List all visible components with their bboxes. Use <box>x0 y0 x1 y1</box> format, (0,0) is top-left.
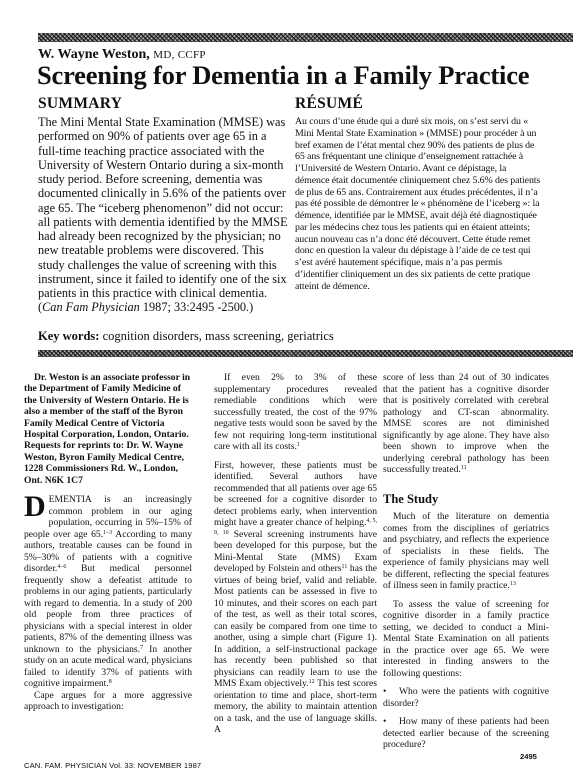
quote-paragraph: If even 2% to 3% of these supplementary … <box>214 372 377 453</box>
bullet-icon: • <box>383 716 399 728</box>
decorative-hatch-bar-middle <box>38 350 573 357</box>
author-bio: Dr. Weston is an associate professor in … <box>24 372 192 486</box>
study-heading: The Study <box>383 494 549 506</box>
drop-cap: D <box>24 495 46 519</box>
decorative-hatch-bar-top <box>38 33 573 42</box>
citation-journal: Can Fam Physician <box>42 300 140 314</box>
question-text: How many of these patients had been dete… <box>383 716 549 750</box>
reference-sup: 1 <box>297 442 300 448</box>
question-text: Who were the patients with cognitive dis… <box>383 686 549 709</box>
question-bullet-2: •How many of these patients had been det… <box>383 716 549 751</box>
reference-sup: 1–3 <box>103 530 112 536</box>
resume-abstract: Au cours d’une étude qui a duré six mois… <box>295 116 543 292</box>
intro-text-3: But medical personnel frequently show a … <box>24 563 192 655</box>
mmse-score-text: score of less than 24 out of 30 indicate… <box>383 372 549 475</box>
reference-sup: 13 <box>510 581 516 587</box>
screening-text-1: First, however, these patients must be i… <box>214 460 377 529</box>
screening-paragraph: First, however, these patients must be i… <box>214 460 377 736</box>
bullet-icon: • <box>383 686 399 698</box>
body-column-1: Dr. Weston is an associate professor in … <box>24 372 192 713</box>
resume-text: Au cours d’une étude qui a duré six mois… <box>295 116 540 292</box>
citation-details: 1987; 33:2495 -2500.) <box>140 300 253 314</box>
keywords-text: cognition disorders, mass screening, ger… <box>99 329 333 343</box>
screening-text-3: has the virtues of being brief, valid an… <box>214 563 377 689</box>
body-column-2: If even 2% to 3% of these supplementary … <box>214 372 377 736</box>
article-title: Screening for Dementia in a Family Pract… <box>37 60 529 91</box>
assess-paragraph: To assess the value of screening for cog… <box>383 599 549 680</box>
quote-text: If even 2% to 3% of these supplementary … <box>214 372 377 452</box>
keywords-label: Key words: <box>38 329 99 343</box>
reference-sup: 11 <box>461 465 467 471</box>
resume-heading: RÉSUMÉ <box>295 95 363 113</box>
reference-sup: 4–6 <box>57 564 66 570</box>
literature-paragraph: Much of the literature on dementia comes… <box>383 511 549 592</box>
body-column-3: score of less than 24 out of 30 indicate… <box>383 372 549 751</box>
intro-caps: EMENTIA <box>49 494 92 505</box>
cape-paragraph: Cape argues for a more aggressive approa… <box>24 690 192 713</box>
literature-text: Much of the literature on dementia comes… <box>383 511 549 591</box>
question-bullet-1: •Who were the patients with cognitive di… <box>383 686 549 709</box>
reference-sup: 8 <box>109 679 112 685</box>
mmse-score-paragraph: score of less than 24 out of 30 indicate… <box>383 372 549 476</box>
journal-footer: CAN. FAM. PHYSICIAN Vol. 33: NOVEMBER 19… <box>24 761 201 770</box>
summary-heading: SUMMARY <box>38 95 122 113</box>
intro-paragraph: DEMENTIA is an increasingly common probl… <box>24 494 192 690</box>
page-number: 2495 <box>520 752 537 761</box>
keywords-line: Key words: cognition disorders, mass scr… <box>38 329 334 344</box>
summary-text: The Mini Mental State Examination (MMSE)… <box>38 115 288 300</box>
summary-abstract: The Mini Mental State Examination (MMSE)… <box>38 115 290 315</box>
